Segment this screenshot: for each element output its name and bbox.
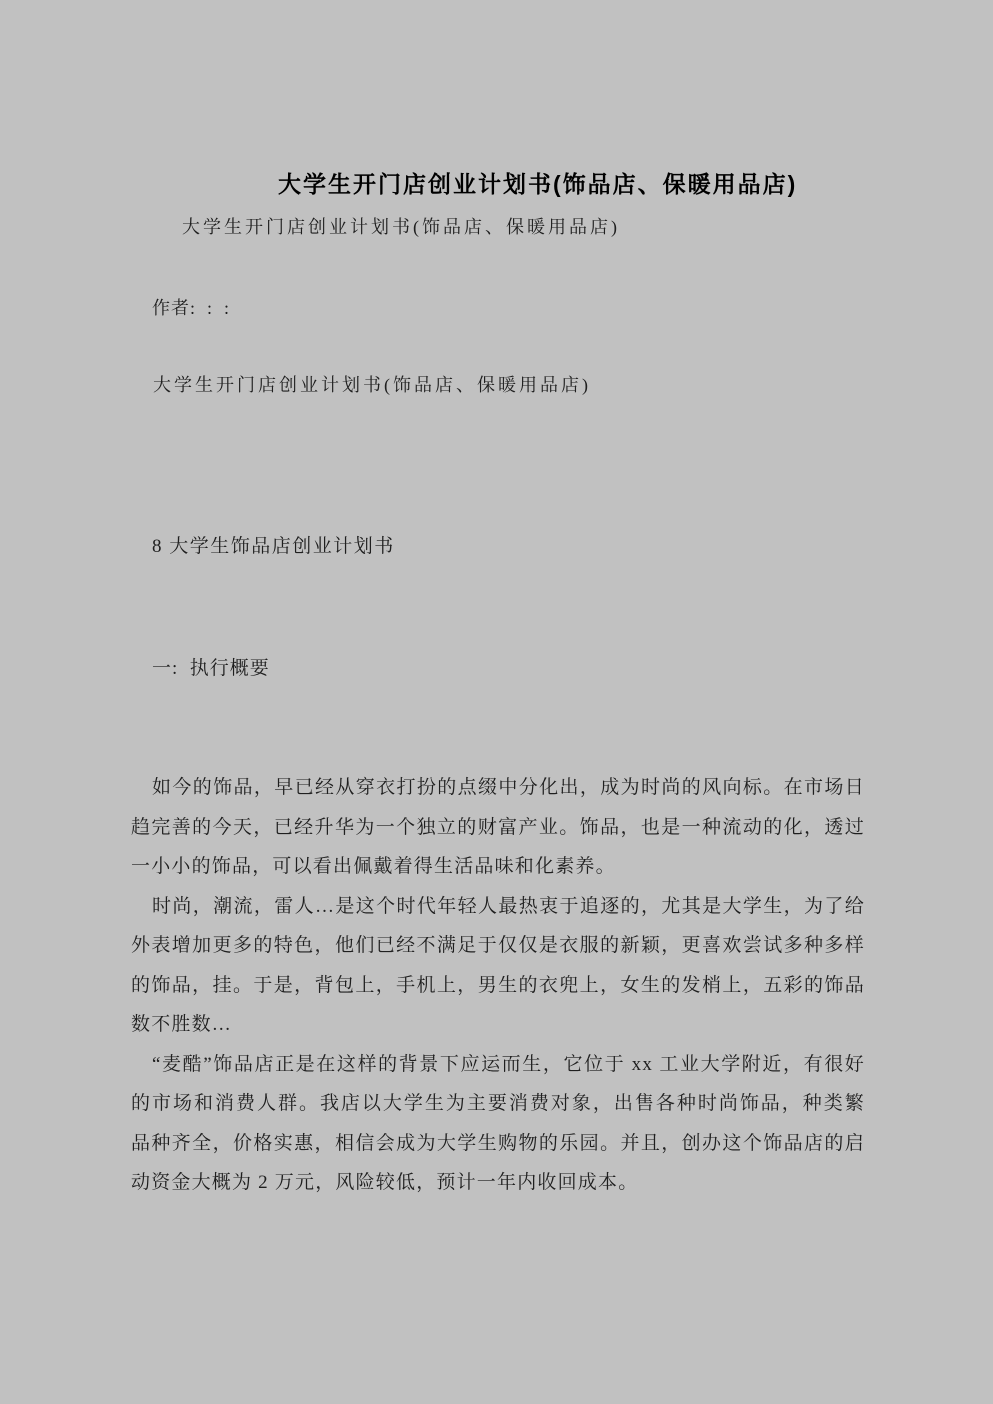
body-line: 一小小的饰品，可以看出佩戴着得生活品味和化素养。 xyxy=(131,847,865,887)
document-subtitle: 大学生开门店创业计划书(饰品店、保暖用品店) xyxy=(182,215,620,240)
body-line: 品种齐全，价格实惠，相信会成为大学生购物的乐园。并且，创办这个饰品店的启 xyxy=(131,1124,865,1164)
document-title-repeat: 大学生开门店创业计划书(饰品店、保暖用品店) xyxy=(153,373,591,398)
body-line: 动资金大概为 2 万元，风险较低，预计一年内收回成本。 xyxy=(131,1163,865,1203)
body-line: 如今的饰品，早已经从穿衣打扮的点缀中分化出，成为时尚的风向标。在市场日 xyxy=(131,768,865,808)
section-number-line: 8 大学生饰品店创业计划书 xyxy=(152,534,395,559)
section-heading-executive-summary: 一: 执行概要 xyxy=(152,656,270,681)
body-line: 趋完善的今天，已经升华为一个独立的财富产业。饰品，也是一种流动的化，透过 xyxy=(131,808,865,848)
document-title: 大学生开门店创业计划书(饰品店、保暖用品店) xyxy=(278,169,797,199)
body-line: 数不胜数… xyxy=(131,1005,865,1045)
body-line: 时尚，潮流，雷人…是这个时代年轻人最热衷于追逐的，尤其是大学生，为了给 xyxy=(131,887,865,927)
body-line: “麦酷”饰品店正是在这样的背景下应运而生，它位于 xx 工业大学附近，有很好 xyxy=(131,1045,865,1085)
body-line: 的饰品，挂。于是，背包上，手机上，男生的衣兜上，女生的发梢上，五彩的饰品 xyxy=(131,966,865,1006)
body-line: 的市场和消费人群。我店以大学生为主要消费对象，出售各种时尚饰品，种类繁多， xyxy=(131,1084,865,1124)
body-line: 外表增加更多的特色，他们已经不满足于仅仅是衣服的新颖，更喜欢尝试多种多样 xyxy=(131,926,865,966)
body-text-block: 如今的饰品，早已经从穿衣打扮的点缀中分化出，成为时尚的风向标。在市场日 趋完善的… xyxy=(131,768,865,1203)
author-line: 作者: : : xyxy=(152,296,230,320)
document-page: { "page": { "background_color": "#c1c1c1… xyxy=(0,0,993,1404)
